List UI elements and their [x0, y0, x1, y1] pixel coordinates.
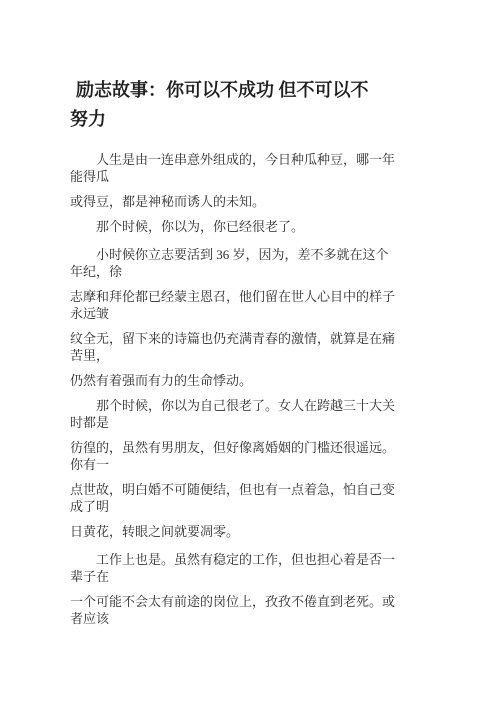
- paragraph-9: 彷徨的，虽然有男朋友，但好像离婚姻的门槛还很遥远。 你有一: [70, 439, 460, 473]
- title-line-1: 励志故事：你可以不成功 但不可以不: [70, 76, 460, 105]
- paragraph-3: 那个时候，你以为，你已经很老了。: [70, 218, 460, 235]
- text-line: 或得豆，都是神秘而诱人的未知。: [70, 193, 460, 210]
- document-page: 励志故事：你可以不成功 但不可以不 努力 人生是由一连串意外组成的，今日种瓜种豆…: [0, 0, 500, 708]
- paragraph-7: 仍然有着强而有力的生命悸动。: [70, 372, 460, 389]
- title-line-2: 努力: [70, 105, 460, 134]
- text-line: 苦里，: [70, 347, 460, 364]
- text-line: 者应该: [70, 610, 460, 627]
- paragraph-4: 小时候你立志要活到 36 岁，因为，差不多就在这个 年纪，徐: [70, 246, 460, 280]
- document-body: 人生是由一连串意外组成的，今日种瓜种豆，哪一年 能得瓜 或得豆，都是神秘而诱人的…: [70, 151, 460, 627]
- text-line: 那个时候，你以为自己很老了。女人在跨越三十大关: [70, 397, 460, 414]
- paragraph-1: 人生是由一连串意外组成的，今日种瓜种豆，哪一年 能得瓜: [70, 151, 460, 185]
- text-line: 小时候你立志要活到 36 岁，因为，差不多就在这个: [70, 246, 460, 263]
- document-title: 励志故事：你可以不成功 但不可以不 努力: [70, 76, 460, 134]
- text-line: 那个时候，你以为，你已经很老了。: [70, 218, 460, 235]
- paragraph-5: 志摩和拜伦都已经蒙主恩召，他们留在世人心目中的样子 永远皱: [70, 288, 460, 322]
- text-line: 志摩和拜伦都已经蒙主恩召，他们留在世人心目中的样子: [70, 288, 460, 305]
- text-line: 辈子在: [70, 568, 460, 585]
- text-line: 时都是: [70, 414, 460, 431]
- text-line: 工作上也是。虽然有稳定的工作，但也担心着是否一: [70, 551, 460, 568]
- paragraph-12: 工作上也是。虽然有稳定的工作，但也担心着是否一 辈子在: [70, 551, 460, 585]
- text-line: 人生是由一连串意外组成的，今日种瓜种豆，哪一年: [70, 151, 460, 168]
- text-line: 能得瓜: [70, 168, 460, 185]
- text-line: 仍然有着强而有力的生命悸动。: [70, 372, 460, 389]
- text-line: 年纪，徐: [70, 263, 460, 280]
- paragraph-2: 或得豆，都是神秘而诱人的未知。: [70, 193, 460, 210]
- text-line: 永远皱: [70, 305, 460, 322]
- paragraph-6: 纹全无，留下来的诗篇也仍充满青春的激情，就算是在痛 苦里，: [70, 330, 460, 364]
- text-line: 成了明: [70, 498, 460, 515]
- paragraph-8: 那个时候，你以为自己很老了。女人在跨越三十大关 时都是: [70, 397, 460, 431]
- text-line: 你有一: [70, 456, 460, 473]
- paragraph-13: 一个可能不会太有前途的岗位上，孜孜不倦直到老死。或 者应该: [70, 593, 460, 627]
- text-line: 一个可能不会太有前途的岗位上，孜孜不倦直到老死。或: [70, 593, 460, 610]
- paragraph-10: 点世故，明白婚不可随便结，但也有一点着急，怕自己变 成了明: [70, 481, 460, 515]
- text-line: 纹全无，留下来的诗篇也仍充满青春的激情，就算是在痛: [70, 330, 460, 347]
- paragraph-11: 日黄花，转眼之间就要凋零。: [70, 523, 460, 540]
- text-line: 点世故，明白婚不可随便结，但也有一点着急，怕自己变: [70, 481, 460, 498]
- text-line: 日黄花，转眼之间就要凋零。: [70, 523, 460, 540]
- text-line: 彷徨的，虽然有男朋友，但好像离婚姻的门槛还很遥远。: [70, 439, 460, 456]
